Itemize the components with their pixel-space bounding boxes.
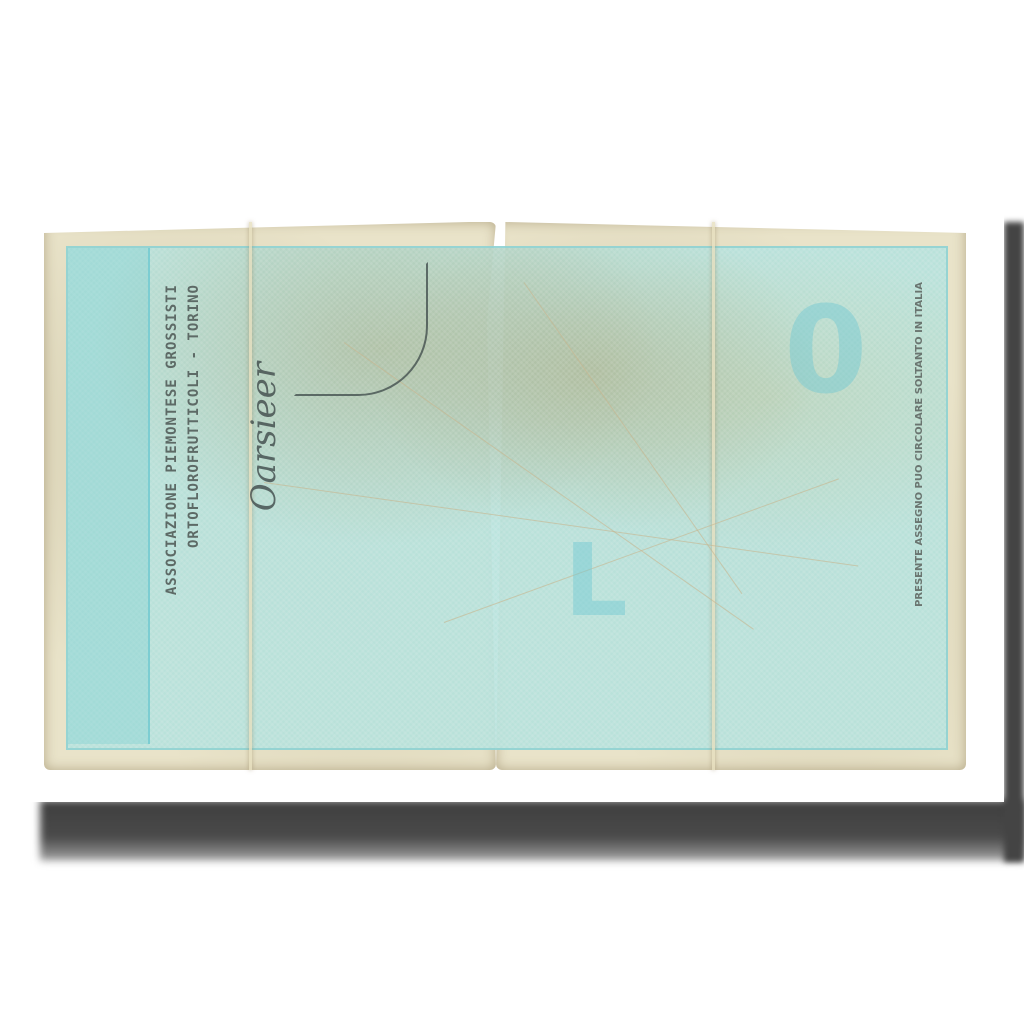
issuer-line-2: ORTOFLOROFRUTTICOLI - TORINO [186, 284, 202, 548]
left-cyan-band [68, 248, 150, 744]
legal-notice: PRESENTE ASSEGNO PUO CIRCOLARE SOLTANTO … [914, 282, 925, 607]
handwritten-signature: Oarsieer [244, 362, 284, 511]
drop-shadow-right [1004, 222, 1024, 862]
drop-shadow [40, 800, 1024, 862]
issuer-line-1: ASSOCIAZIONE PIEMONTESE GROSSISTI [164, 284, 180, 595]
ghost-denomination: L [564, 522, 628, 639]
fold-line [712, 222, 715, 770]
ghost-denomination: 0 [784, 282, 868, 421]
banknote: 0 L ASSOCIAZIONE PIEMONTESE GROSSISTI OR… [44, 222, 966, 770]
